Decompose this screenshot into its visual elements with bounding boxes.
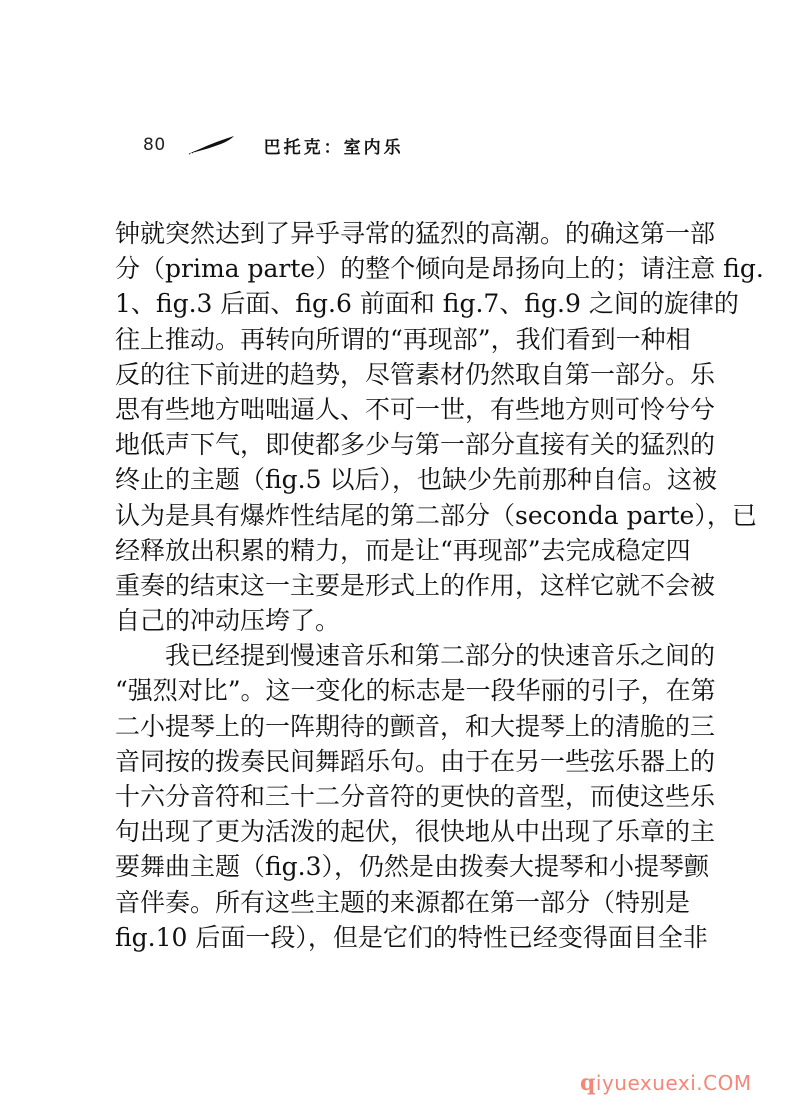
text-line: 钟就突然达到了异乎寻常的猛烈的高潮。的确这第一部 xyxy=(115,216,683,251)
text-line: 分（prima parte）的整个倾向是昂扬向上的；请注意 fig. xyxy=(115,251,683,286)
text-line: 终止的主题（fig.5 以后），也缺少先前那种自信。这被 xyxy=(115,462,683,497)
text-line: 反的往下前进的趋势，尽管素材仍然取自第一部分。乐 xyxy=(115,357,683,392)
text-line: 认为是具有爆炸性结尾的第二部分（seconda parte），已 xyxy=(115,498,683,533)
text-line: 自己的冲动压垮了。 xyxy=(115,603,683,638)
text-line: 地低声下气，即使都多少与第一部分直接有关的猛烈的 xyxy=(115,427,683,462)
feather-quill-icon xyxy=(188,134,236,156)
body-text: 钟就突然达到了异乎寻常的猛烈的高潮。的确这第一部 分（prima parte）的… xyxy=(115,216,683,955)
text-line: 音同按的拨奏民间舞蹈乐句。由于在另一些弦乐器上的 xyxy=(115,744,683,779)
paragraph-2: 我已经提到慢速音乐和第二部分的快速音乐之间的 “强烈对比”。这一变化的标志是一段… xyxy=(115,638,683,955)
text-line: 要舞曲主题（fig.3），仍然是由拨奏大提琴和小提琴颤 xyxy=(115,849,683,884)
running-header: 80 巴托克：室内乐 xyxy=(143,130,404,160)
text-line: 1、fig.3 后面、fig.6 前面和 fig.7、fig.9 之间的旋律的 xyxy=(115,286,683,321)
paragraph-1: 钟就突然达到了异乎寻常的猛烈的高潮。的确这第一部 分（prima parte）的… xyxy=(115,216,683,638)
page-number: 80 xyxy=(143,135,166,155)
running-title: 巴托克：室内乐 xyxy=(264,133,404,158)
watermark-q: q xyxy=(580,1070,596,1096)
text-line: 音伴奏。所有这些主题的来源都在第一部分（特别是 xyxy=(115,885,683,920)
text-line: 重奏的结束这一主要是形式上的作用，这样它就不会被 xyxy=(115,568,683,603)
text-line: 往上推动。再转向所谓的“再现部”，我们看到一种相 xyxy=(115,322,683,357)
text-line: 二小提琴上的一阵期待的颤音，和大提琴上的清脆的三 xyxy=(115,709,683,744)
text-line: 十六分音符和三十二分音符的更快的音型，而使这些乐 xyxy=(115,779,683,814)
text-line: “强烈对比”。这一变化的标志是一段华丽的引子，在第 xyxy=(115,673,683,708)
text-line: fig.10 后面一段），但是它们的特性已经变得面目全非 xyxy=(115,920,683,955)
text-line: 经释放出积累的精力，而是让“再现部”去完成稳定四 xyxy=(115,533,683,568)
text-line: 我已经提到慢速音乐和第二部分的快速音乐之间的 xyxy=(115,638,683,673)
text-line: 思有些地方咄咄逼人、不可一世，有些地方则可怜兮兮 xyxy=(115,392,683,427)
watermark-text: iyuexuexi.COM xyxy=(596,1071,752,1095)
watermark: qiyuexuexi.COM xyxy=(580,1070,752,1096)
text-line: 句出现了更为活泼的起伏，很快地从中出现了乐章的主 xyxy=(115,814,683,849)
